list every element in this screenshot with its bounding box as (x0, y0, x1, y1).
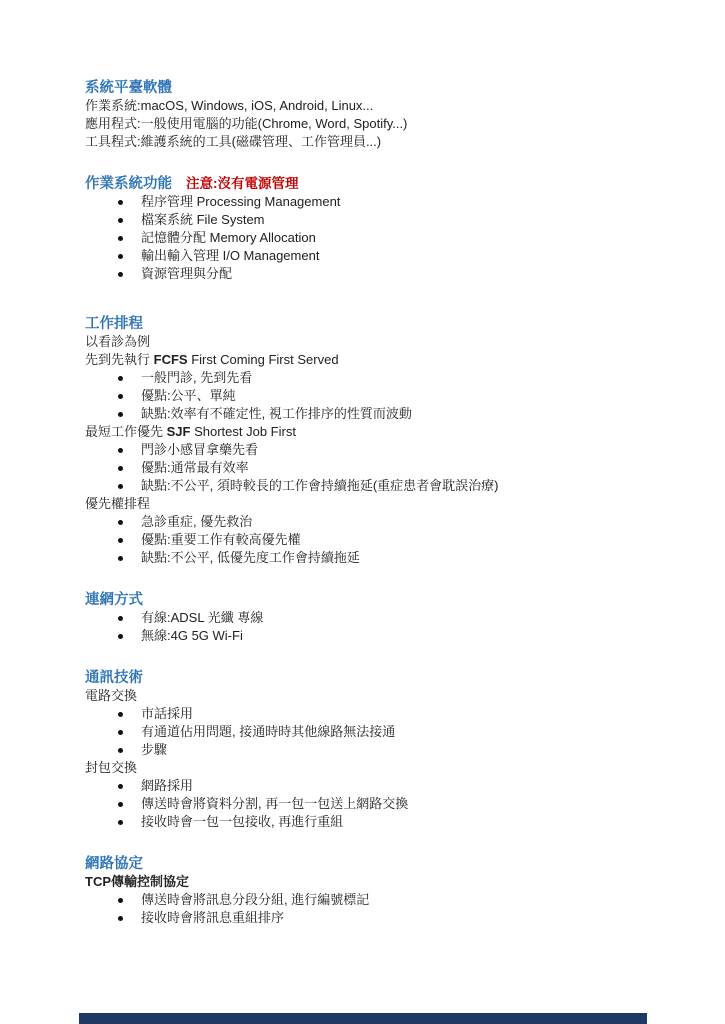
subsection-title-text: 電路交換 (85, 688, 137, 703)
section-job-scheduling: 工作排程 以看診為例 先到先執行 FCFS First Coming First… (85, 315, 695, 567)
list-item: 接收時會將訊息重組排序 (85, 909, 695, 927)
next-page-banner-cutoff (79, 1013, 647, 1024)
bullet-list: 市話採用 有通道佔用問題, 接通時時其他線路無法接通 步驟 (85, 705, 695, 759)
list-item: 缺點:不公平, 須時較長的工作會持續拖延(重症患者會耽誤治療) (85, 477, 695, 495)
list-item: 無線:4G 5G Wi-Fi (85, 627, 695, 645)
bullet-list: 網路採用 傳送時會將資料分割, 再一包一包送上網路交換 接收時會一包一包接收, … (85, 777, 695, 831)
section-heading: 工作排程 (85, 315, 695, 333)
list-item: 記憶體分配 Memory Allocation (85, 229, 695, 247)
abbreviation-bold: FCFS (154, 352, 188, 367)
list-item: 步驟 (85, 741, 695, 759)
subsection-title-circuit-switching: 電路交換 (85, 687, 695, 705)
list-item: 市話採用 (85, 705, 695, 723)
subsection-title-text: Shortest Job First (190, 424, 295, 439)
section-heading: 系統平臺軟體 (85, 79, 695, 97)
bullet-list: 急診重症, 優先救治 優點:重要工作有較高優先權 缺點:不公平, 低優先度工作會… (85, 513, 695, 567)
list-item: 傳送時會將訊息分段分組, 進行編號標記 (85, 891, 695, 909)
list-item: 一般門診, 先到先看 (85, 369, 695, 387)
section-heading: 連網方式 (85, 591, 695, 609)
subsection-title-fcfs: 先到先執行 FCFS First Coming First Served (85, 351, 695, 369)
list-item: 門診小感冒拿藥先看 (85, 441, 695, 459)
list-item: 優點:通常最有效率 (85, 459, 695, 477)
list-item: 輸出輸入管理 I/O Management (85, 247, 695, 265)
paragraph: 應用程式:一般使用電腦的功能(Chrome, Word, Spotify...) (85, 115, 695, 133)
section-os-functions: 作業系統功能 注意:沒有電源管理 程序管理 Processing Managem… (85, 175, 695, 283)
list-item: 接收時會一包一包接收, 再進行重組 (85, 813, 695, 831)
list-item: 優點:重要工作有較高優先權 (85, 531, 695, 549)
section-heading: 網路協定 (85, 855, 695, 873)
list-item: 網路採用 (85, 777, 695, 795)
section-heading: 作業系統功能 注意:沒有電源管理 (85, 175, 695, 193)
section-network-protocols: 網路協定 TCP傳輸控制協定 傳送時會將訊息分段分組, 進行編號標記 接收時會將… (85, 855, 695, 927)
warning-note: 注意:沒有電源管理 (186, 176, 299, 191)
list-item: 急診重症, 優先救治 (85, 513, 695, 531)
subsection-title-tcp: TCP傳輸控制協定 (85, 873, 695, 891)
list-item: 程序管理 Processing Management (85, 193, 695, 211)
section-heading-text: 作業系統功能 (85, 176, 172, 192)
list-item: 傳送時會將資料分割, 再一包一包送上網路交換 (85, 795, 695, 813)
section-system-platform-software: 系統平臺軟體 作業系統:macOS, Windows, iOS, Android… (85, 79, 695, 151)
subsection-title-text: 最短工作優先 (85, 424, 167, 439)
list-item: 有線:ADSL 光纖 專線 (85, 609, 695, 627)
subsection-title-text: First Coming First Served (188, 352, 339, 367)
intro-paragraph: 以看診為例 (85, 333, 695, 351)
section-communication-tech: 通訊技術 電路交換 市話採用 有通道佔用問題, 接通時時其他線路無法接通 步驟 … (85, 669, 695, 831)
subsection-title-text: 先到先執行 (85, 352, 154, 367)
list-item: 檔案系統 File System (85, 211, 695, 229)
subsection-title-text: 優先權排程 (85, 496, 150, 511)
list-item: 優點:公平、單純 (85, 387, 695, 405)
bullet-list: 程序管理 Processing Management 檔案系統 File Sys… (85, 193, 695, 283)
bullet-list: 傳送時會將訊息分段分組, 進行編號標記 接收時會將訊息重組排序 (85, 891, 695, 927)
bullet-list: 一般門診, 先到先看 優點:公平、單純 缺點:效率有不確定性, 視工作排序的性質… (85, 369, 695, 423)
list-item: 資源管理與分配 (85, 265, 695, 283)
section-connection-methods: 連網方式 有線:ADSL 光纖 專線 無線:4G 5G Wi-Fi (85, 591, 695, 645)
list-item: 有通道佔用問題, 接通時時其他線路無法接通 (85, 723, 695, 741)
paragraph: 工具程式:維護系統的工具(磁碟管理、工作管理員...) (85, 133, 695, 151)
bullet-list: 有線:ADSL 光纖 專線 無線:4G 5G Wi-Fi (85, 609, 695, 645)
list-item: 缺點:效率有不確定性, 視工作排序的性質而波動 (85, 405, 695, 423)
subsection-title-packet-switching: 封包交換 (85, 759, 695, 777)
subsection-title-text: 封包交換 (85, 760, 137, 775)
abbreviation-bold: TCP傳輸控制協定 (85, 874, 189, 889)
section-heading: 通訊技術 (85, 669, 695, 687)
subsection-title-priority: 優先權排程 (85, 495, 695, 513)
paragraph: 作業系統:macOS, Windows, iOS, Android, Linux… (85, 97, 695, 115)
bullet-list: 門診小感冒拿藥先看 優點:通常最有效率 缺點:不公平, 須時較長的工作會持續拖延… (85, 441, 695, 495)
list-item: 缺點:不公平, 低優先度工作會持續拖延 (85, 549, 695, 567)
subsection-title-sjf: 最短工作優先 SJF Shortest Job First (85, 423, 695, 441)
document-page: 系統平臺軟體 作業系統:macOS, Windows, iOS, Android… (85, 79, 695, 927)
abbreviation-bold: SJF (167, 424, 191, 439)
